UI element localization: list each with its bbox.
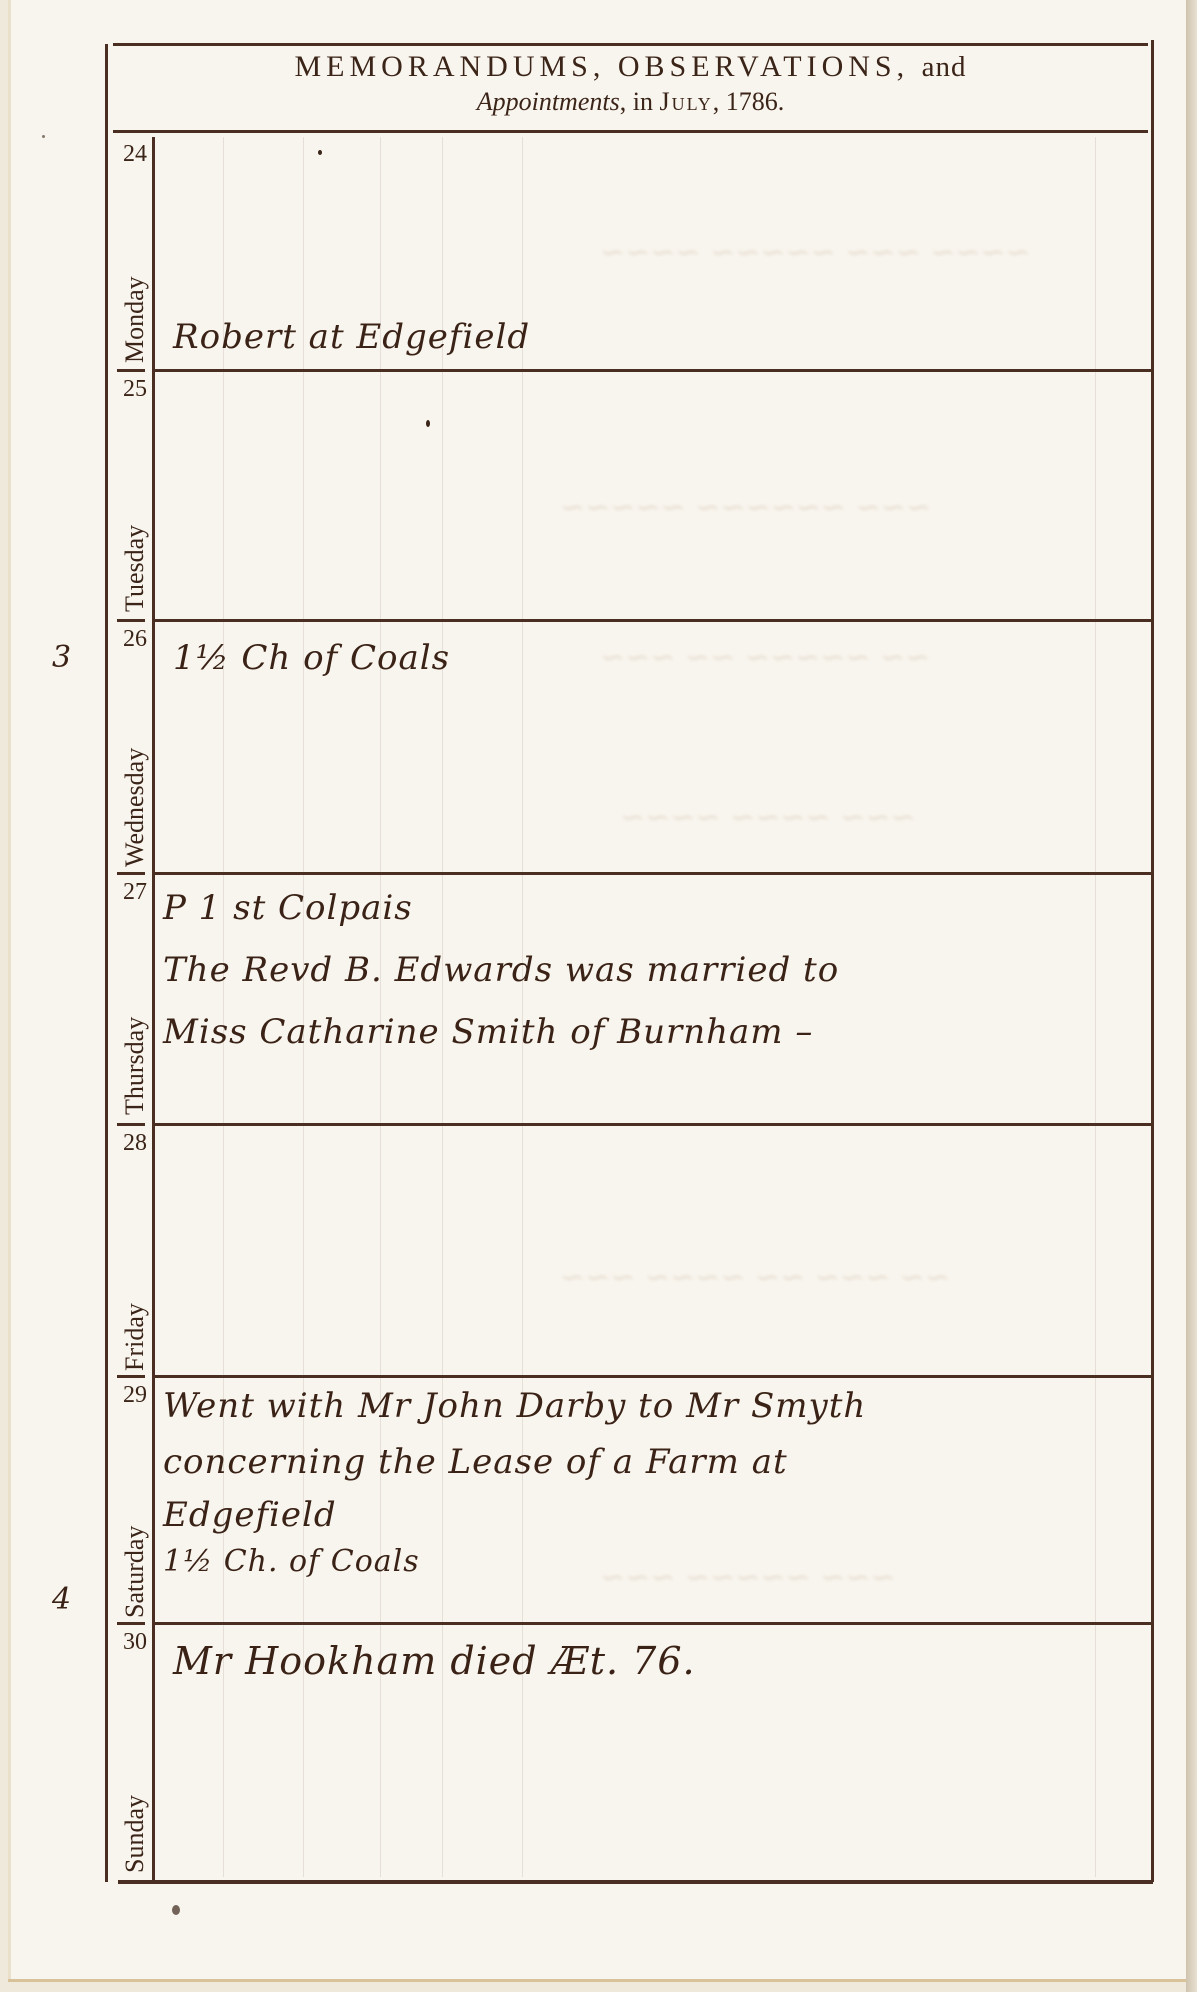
day-row-thursday: 27 Thursday P 1 st Colpais The Revd B. E… bbox=[113, 875, 1153, 1123]
day-number: 27 bbox=[117, 879, 153, 906]
day-row-saturday: 29 Saturday Went with Mr John Darby to M… bbox=[113, 1378, 1153, 1622]
entry-line: concerning the Lease of a Farm at bbox=[163, 1434, 866, 1490]
header-title-and: and bbox=[922, 51, 967, 83]
frame-bottom-line bbox=[118, 1880, 1153, 1884]
day-row-tuesday: 25 Tuesday bbox=[113, 372, 1153, 619]
entry-line: Robert at Edgefield bbox=[173, 309, 530, 365]
entry-line: 1½ Ch of Coals bbox=[173, 630, 450, 686]
ink-speck bbox=[318, 150, 322, 155]
page-header: MEMORANDUMS, OBSERVATIONS, and Appointme… bbox=[113, 48, 1148, 128]
header-title-main: MEMORANDUMS, OBSERVATIONS, bbox=[294, 50, 909, 83]
page-edge bbox=[1186, 0, 1197, 1992]
header-month: July bbox=[659, 87, 712, 116]
day-name: Friday bbox=[115, 1166, 155, 1371]
ink-speck bbox=[172, 1905, 180, 1915]
entry-line: Mr Hookham died Æt. 76. bbox=[173, 1633, 696, 1689]
margin-note: 4 bbox=[52, 1582, 71, 1617]
entry-line: P 1 st Colpais bbox=[163, 877, 839, 939]
diary-entry: P 1 st Colpais The Revd B. Edwards was m… bbox=[163, 877, 839, 1063]
entry-line: Went with Mr John Darby to Mr Smyth bbox=[163, 1378, 866, 1434]
day-number: 29 bbox=[117, 1382, 153, 1409]
header-in: , in bbox=[620, 87, 653, 116]
day-number: 24 bbox=[117, 141, 153, 168]
day-name: Tuesday bbox=[115, 412, 155, 612]
header-appointments: Appointments bbox=[477, 87, 620, 116]
day-row-wednesday: 26 Wednesday 1½ Ch of Coals bbox=[113, 622, 1153, 872]
ink-speck bbox=[42, 135, 45, 138]
day-number: 28 bbox=[117, 1130, 153, 1157]
day-number: 26 bbox=[117, 626, 153, 653]
day-name: Wednesday bbox=[115, 662, 155, 867]
frame-left-line bbox=[105, 44, 108, 1882]
header-bottom-line bbox=[113, 130, 1148, 133]
header-year: , 1786. bbox=[713, 87, 785, 116]
diary-entry: Went with Mr John Darby to Mr Smyth conc… bbox=[163, 1378, 866, 1584]
day-name: Thursday bbox=[115, 915, 155, 1115]
day-name: Saturday bbox=[115, 1418, 155, 1618]
day-number: 25 bbox=[117, 376, 153, 403]
diary-entry: Mr Hookham died Æt. 76. bbox=[173, 1633, 696, 1689]
entry-line: Edgefield bbox=[163, 1490, 866, 1540]
day-row-monday: 24 Monday Robert at Edgefield bbox=[113, 137, 1153, 369]
day-row-sunday: 30 Sunday Mr Hookham died Æt. 76. bbox=[113, 1625, 1153, 1880]
day-number: 30 bbox=[117, 1629, 153, 1656]
day-name: Sunday bbox=[115, 1673, 155, 1873]
entry-line: Miss Catharine Smith of Burnham – bbox=[163, 1001, 839, 1063]
entry-line: The Revd B. Edwards was married to bbox=[163, 939, 839, 1001]
frame-top-line bbox=[113, 43, 1148, 46]
margin-note: 3 bbox=[52, 640, 71, 675]
diary-entry: Robert at Edgefield bbox=[173, 309, 530, 365]
diary-entry: 1½ Ch of Coals bbox=[173, 630, 450, 686]
day-row-friday: 28 Friday bbox=[113, 1126, 1153, 1375]
entry-line: 1½ Ch. of Coals bbox=[163, 1540, 866, 1584]
ink-speck bbox=[426, 420, 430, 427]
day-name: Monday bbox=[115, 173, 155, 363]
